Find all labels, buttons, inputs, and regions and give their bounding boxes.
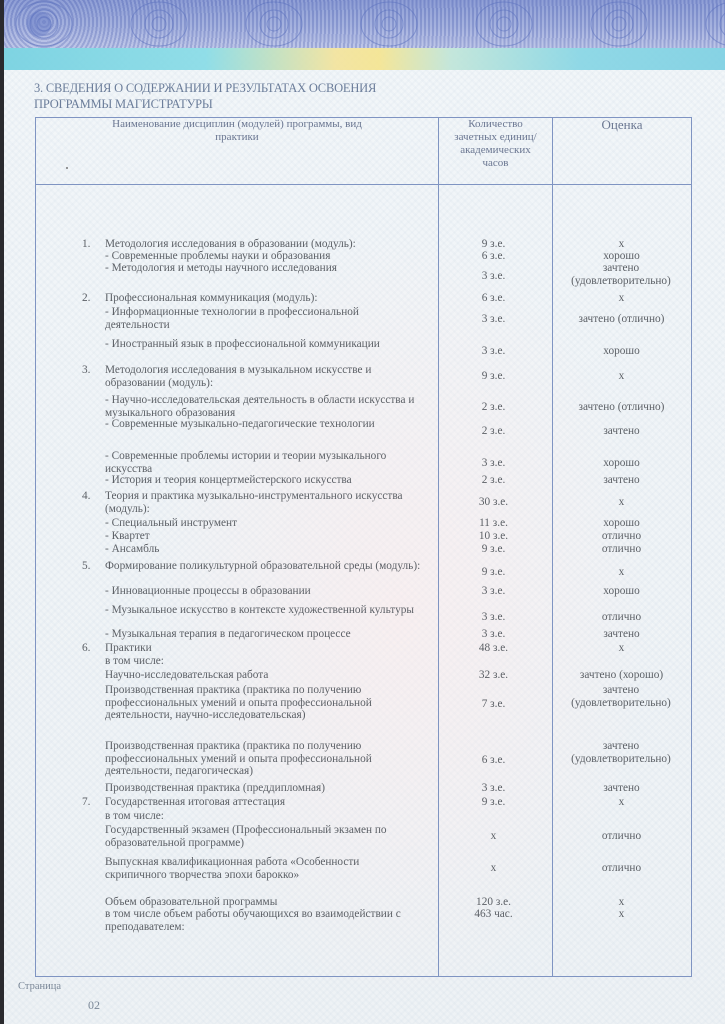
row-grade: х	[551, 292, 692, 305]
row-grade: отлично	[551, 611, 692, 624]
row-grade: отлично	[551, 862, 692, 875]
row-discipline-name: - Методология и методы научного исследов…	[105, 262, 423, 275]
row-grade: зачтено	[551, 474, 692, 487]
page-label: Страница	[18, 981, 61, 992]
row-grade: х	[551, 796, 692, 809]
row-grade: отлично	[551, 830, 692, 843]
row-grade: зачтено	[551, 782, 692, 795]
diploma-supplement-page: 3. СВЕДЕНИЯ О СОДЕРЖАНИИ И РЕЗУЛЬТАТАХ О…	[0, 0, 725, 1024]
row-discipline-name: - Современные музыкально-педагогические …	[105, 418, 423, 431]
row-credits: х	[437, 830, 550, 843]
row-grade: зачтено (удовлетворительно)	[556, 740, 686, 765]
row-grade: хорошо	[551, 457, 692, 470]
row-credits: 3 з.е.	[437, 782, 550, 795]
row-credits: 463 час.	[437, 908, 550, 921]
row-discipline-name: Выпускная квалификационная работа «Особе…	[105, 856, 423, 881]
row-credits: 48 з.е.	[437, 642, 550, 655]
row-credits: х	[437, 862, 550, 875]
row-discipline-name: Государственный экзамен (Профессиональны…	[105, 824, 423, 849]
row-credits: 9 з.е.	[437, 796, 550, 809]
row-discipline-name: - Инновационные процессы в образовании	[105, 585, 423, 598]
row-credits: 32 з.е.	[437, 669, 550, 682]
row-number: 2.	[82, 292, 102, 305]
row-credits: 6 з.е.	[437, 292, 550, 305]
row-credits: 6 з.е.	[437, 754, 550, 767]
row-grade: зачтено	[551, 628, 692, 641]
row-credits: 3 з.е.	[437, 345, 550, 358]
row-discipline-name: Производственная практика (преддипломная…	[105, 782, 423, 795]
row-grade: х	[551, 642, 692, 655]
row-discipline-name: Государственная итоговая аттестация	[105, 796, 423, 809]
row-discipline-name: - Современные проблемы истории и теории …	[105, 450, 423, 475]
row-discipline-name: - Информационные технологии в профессион…	[105, 306, 423, 331]
row-discipline-name: в том числе:	[105, 810, 423, 823]
row-grade: х	[551, 370, 692, 383]
row-grade: х	[551, 566, 692, 579]
row-grade: зачтено (отлично)	[551, 313, 692, 326]
row-discipline-name: - Квартет	[105, 530, 423, 543]
row-credits: 2 з.е.	[437, 425, 550, 438]
row-credits: 3 з.е.	[437, 270, 550, 283]
row-grade: хорошо	[551, 345, 692, 358]
row-credits: 3 з.е.	[437, 611, 550, 624]
row-discipline-name: - Иностранный язык в профессиональной ко…	[105, 338, 423, 351]
row-credits: 7 з.е.	[437, 698, 550, 711]
row-discipline-name: - Музыкальное искусство в контексте худо…	[105, 604, 423, 617]
row-grade: зачтено (отлично)	[551, 401, 692, 414]
row-credits: 2 з.е.	[437, 401, 550, 414]
row-grade: х	[551, 896, 692, 909]
row-discipline-name: Производственная практика (практика по п…	[105, 684, 423, 722]
scan-edge	[0, 0, 4, 1024]
row-discipline-name: - Современные проблемы науки и образован…	[105, 250, 423, 263]
row-discipline-name: Практики	[105, 642, 423, 655]
row-discipline-name: - Музыкальная терапия в педагогическом п…	[105, 628, 423, 641]
row-grade: хорошо	[551, 517, 692, 530]
row-number: 4.	[82, 490, 102, 503]
row-discipline-name: Методология исследования в музыкальном и…	[105, 364, 423, 389]
row-grade: х	[551, 908, 692, 921]
row-discipline-name: в том числе:	[105, 655, 423, 668]
row-credits: 2 з.е.	[437, 474, 550, 487]
row-credits: 3 з.е.	[437, 585, 550, 598]
row-number: 6.	[82, 642, 102, 655]
row-credits: 9 з.е.	[437, 370, 550, 383]
table-rows-layer: 1.Методология исследования в образовании…	[35, 0, 692, 1024]
row-credits: 120 з.е.	[437, 896, 550, 909]
row-grade: х	[551, 496, 692, 509]
row-credits: 6 з.е.	[437, 250, 550, 263]
row-number: 3.	[82, 364, 102, 377]
row-credits: 3 з.е.	[437, 313, 550, 326]
row-credits: 9 з.е.	[437, 238, 550, 251]
row-discipline-name: - Специальный инструмент	[105, 517, 423, 530]
row-number: 5.	[82, 560, 102, 573]
row-grade: отлично	[551, 530, 692, 543]
row-credits: 9 з.е.	[437, 566, 550, 579]
row-grade: зачтено (удовлетворительно)	[556, 262, 686, 287]
row-credits: 3 з.е.	[437, 457, 550, 470]
row-grade: хорошо	[551, 250, 692, 263]
row-discipline-name: - Научно-исследовательская деятельность …	[105, 394, 423, 419]
row-grade: х	[551, 238, 692, 251]
page-number: 02	[88, 998, 100, 1013]
row-grade: хорошо	[551, 585, 692, 598]
row-number: 1.	[82, 238, 102, 251]
row-discipline-name: Формирование поликультурной образователь…	[105, 560, 423, 573]
row-grade: зачтено (хорошо)	[551, 669, 692, 682]
row-credits: 11 з.е.	[437, 517, 550, 530]
row-credits: 3 з.е.	[437, 628, 550, 641]
row-discipline-name: - Ансамбль	[105, 543, 423, 556]
row-discipline-name: Научно-исследовательская работа	[105, 669, 423, 682]
row-credits: 10 з.е.	[437, 530, 550, 543]
row-grade: зачтено	[551, 425, 692, 438]
row-discipline-name: в том числе объем работы обучающихся во …	[105, 908, 423, 933]
row-discipline-name: Производственная практика (практика по п…	[105, 740, 423, 778]
row-discipline-name: Методология исследования в образовании (…	[105, 238, 423, 251]
row-grade: отлично	[551, 543, 692, 556]
row-discipline-name: Теория и практика музыкально-инструмента…	[105, 490, 423, 515]
row-number: 7.	[82, 796, 102, 809]
row-discipline-name: Профессиональная коммуникация (модуль):	[105, 292, 423, 305]
row-credits: 30 з.е.	[437, 496, 550, 509]
row-discipline-name: Объем образовательной программы	[105, 896, 423, 909]
row-credits: 9 з.е.	[437, 543, 550, 556]
row-discipline-name: - История и теория концертмейстерского и…	[105, 474, 423, 487]
row-grade: зачтено (удовлетворительно)	[556, 684, 686, 709]
